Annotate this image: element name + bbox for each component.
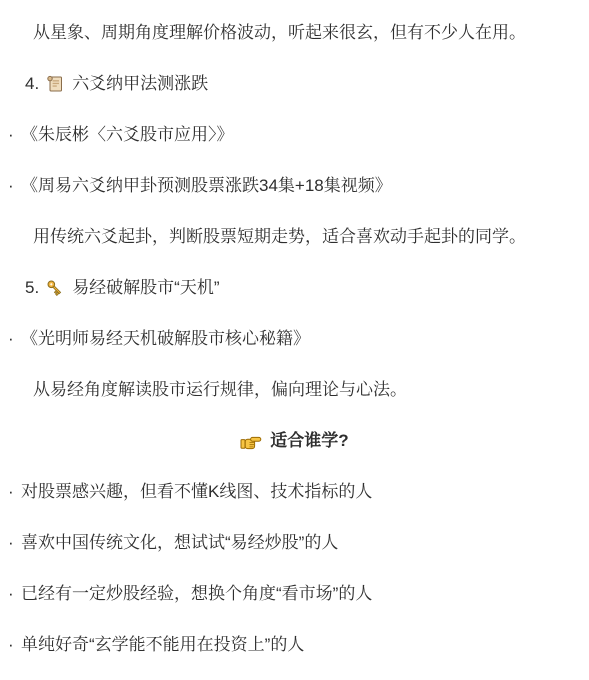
book-title: 《周易六爻纳甲卦预测股票涨跌34集+18集视频》: [21, 174, 392, 198]
book-list-item: · 《光明师易经天机破解股市核心秘籍》: [8, 327, 589, 351]
book-list-item: · 《朱辰彬〈六爻股市应用〉》: [8, 123, 589, 147]
pointing-right-icon: [240, 432, 262, 452]
section-heading-who-should-learn: 适合谁学?: [0, 429, 589, 453]
item-number: 5.: [25, 276, 39, 300]
key-icon: [45, 278, 65, 298]
bullet-marker: ·: [8, 480, 21, 504]
paragraph-item5-note: 从易经角度解读股市运行规律，偏向理论与心法。: [33, 378, 589, 402]
item-title: 易经破解股市“天机”: [72, 276, 219, 300]
paragraph-text: 从易经角度解读股市运行规律，偏向理论与心法。: [33, 380, 407, 399]
audience-text: 喜欢中国传统文化，想试试“易经炒股”的人: [21, 531, 338, 555]
book-title: 《光明师易经天机破解股市核心秘籍》: [21, 327, 310, 351]
paragraph-item4-note: 用传统六爻起卦，判断股票短期走势，适合喜欢动手起卦的同学。: [33, 225, 589, 249]
audience-text: 对股票感兴趣，但看不懂K线图、技术指标的人: [21, 480, 372, 504]
audience-list-item: · 喜欢中国传统文化，想试试“易经炒股”的人: [8, 531, 589, 555]
bullet-marker: ·: [8, 174, 21, 198]
book-title: 《朱辰彬〈六爻股市应用〉》: [21, 123, 234, 147]
bullet-marker: ·: [8, 582, 21, 606]
paragraph-text: 用传统六爻起卦，判断股票短期走势，适合喜欢动手起卦的同学。: [33, 227, 526, 246]
list-item-5-heading: 5. 易经破解股市“天机”: [25, 276, 589, 300]
bullet-marker: ·: [8, 531, 21, 555]
book-list-item: · 《周易六爻纳甲卦预测股票涨跌34集+18集视频》: [8, 174, 589, 198]
article-page: 从星象、周期角度理解价格波动，听起来很玄，但有不少人在用。 4. 六爻纳甲法测涨…: [0, 0, 589, 680]
paragraph-astrology-note: 从星象、周期角度理解价格波动，听起来很玄，但有不少人在用。: [33, 21, 589, 45]
bullet-marker: ·: [8, 633, 21, 657]
audience-text: 已经有一定炒股经验，想换个角度“看市场”的人: [21, 582, 372, 606]
scroll-icon: [45, 74, 65, 94]
section-heading-text: 适合谁学?: [270, 429, 348, 453]
audience-text: 单纯好奇“玄学能不能用在投资上”的人: [21, 633, 304, 657]
audience-list-item: · 对股票感兴趣，但看不懂K线图、技术指标的人: [8, 480, 589, 504]
list-item-4-heading: 4. 六爻纳甲法测涨跌: [25, 72, 589, 96]
paragraph-text: 从星象、周期角度理解价格波动，听起来很玄，但有不少人在用。: [33, 23, 526, 42]
item-title: 六爻纳甲法测涨跌: [72, 72, 208, 96]
bullet-marker: ·: [8, 123, 21, 147]
item-number: 4.: [25, 72, 39, 96]
bullet-marker: ·: [8, 327, 21, 351]
audience-list-item: · 单纯好奇“玄学能不能用在投资上”的人: [8, 633, 589, 657]
audience-list-item: · 已经有一定炒股经验，想换个角度“看市场”的人: [8, 582, 589, 606]
